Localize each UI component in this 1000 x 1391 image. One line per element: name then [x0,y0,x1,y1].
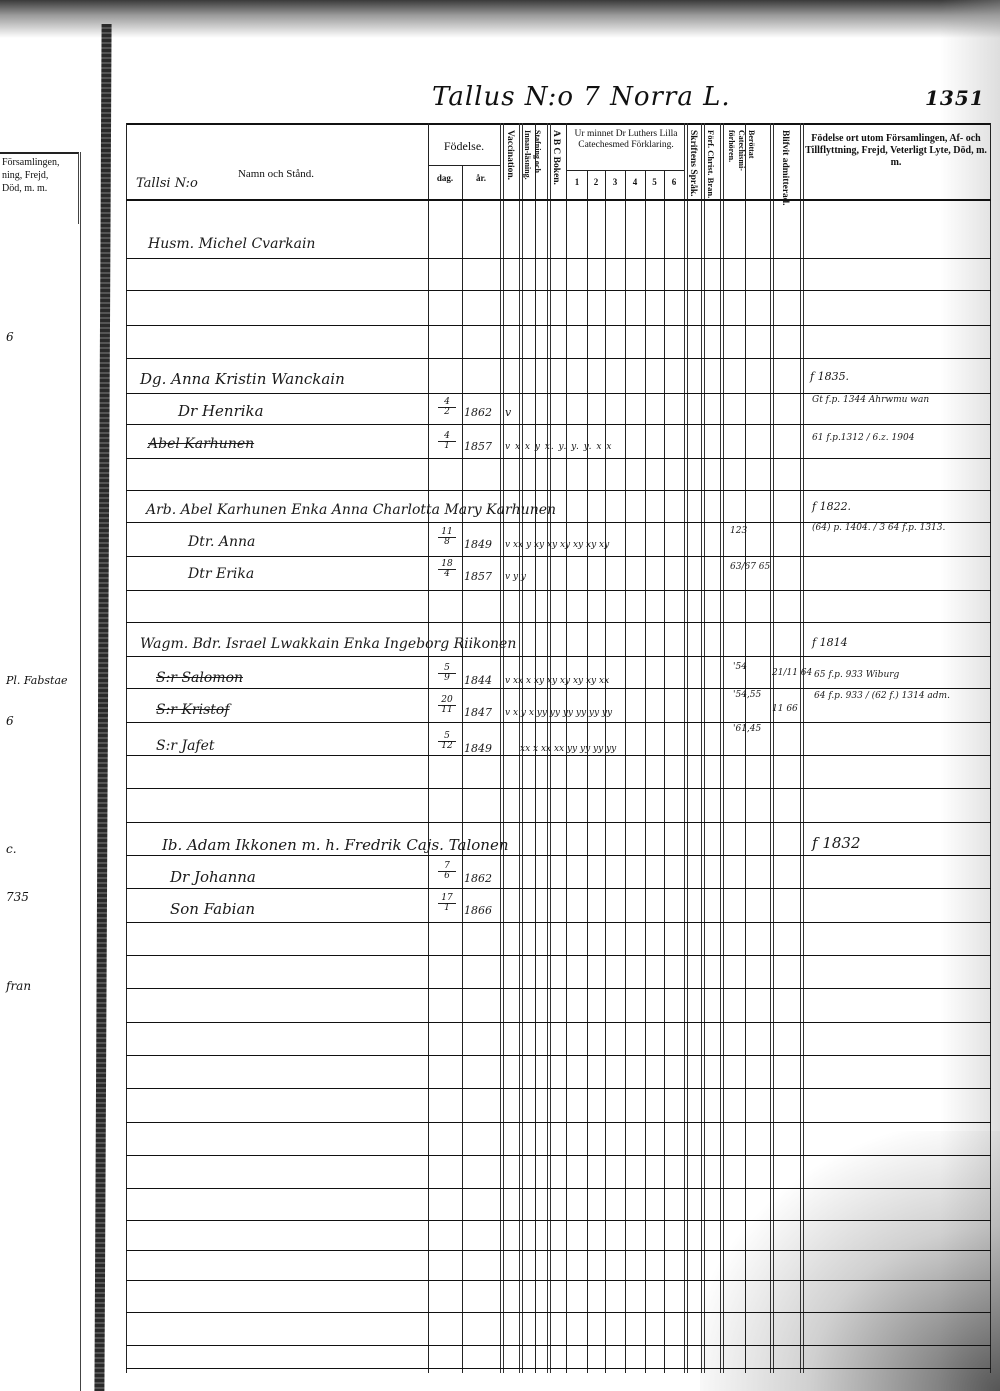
col-rule [500,123,504,1373]
header-birth-day: dag. [428,172,462,185]
entry-name: Husm. Michel Cvarkain [148,236,315,252]
catechism-num-6: 6 [664,176,684,189]
col-rule [770,123,774,1373]
col-rule [720,123,724,1373]
row-rule [126,1280,991,1281]
header-bottom-rule [126,199,991,201]
birth-day: 118 [438,528,456,547]
entry-name: Dg. Anna Kristin Wanckain [140,370,345,388]
row-rule [126,290,991,291]
row-rule [126,955,991,956]
entry-name: Arb. Abel Karhunen Enka Anna Charlotta M… [146,502,556,518]
entry-marks: v y y [505,572,526,582]
row-rule [126,656,991,657]
birth-year: 1857 [464,570,492,583]
margin-note: Pl. Fabstae [6,674,68,687]
entry-name: S:r Kristof [156,702,230,718]
day-denominator: 1 [438,904,456,913]
day-denominator: 11 [438,706,456,715]
row-rule [126,1122,991,1123]
page-title: Tallus N:o 7 Norra L. [432,82,731,112]
entry-marks: v [505,406,511,419]
facing-page-header: Församlingen, ning, Frejd, Död, m. m. [2,156,60,195]
row-rule [126,1250,991,1251]
row-rule [126,424,991,425]
catechism-num-3: 3 [605,176,625,189]
catechism-num-5: 5 [645,176,664,189]
col-rule [462,165,463,1373]
row-rule [126,358,991,359]
row-rule [126,688,991,689]
birth-year: 1849 [464,742,492,755]
entry-remarks: f 1835. [810,370,849,383]
row-rule [126,922,991,923]
row-rule [126,722,991,723]
entry-name: Ib. Adam Ikkonen m. h. Fredrik Cajs. Tal… [162,836,509,854]
entry-remarks: f 1832 [812,834,861,852]
row-rule [126,556,991,557]
entry-name: S:r Salomon [156,670,243,686]
birth-year: 1847 [464,706,492,719]
row-rule [126,888,991,889]
margin-note: 6 [6,330,14,344]
catechism-read: '54,55 [733,690,761,700]
col-rule [664,170,665,1373]
header-catechism: Ur minnet Dr Luthers Lilla Catechesmed F… [567,129,685,151]
entry-name: Dtr. Anna [188,534,255,550]
entry-name: Dr Johanna [170,868,256,886]
entry-remarks: 65 f.p. 933 Wiburg [814,670,899,680]
catechism-num-4: 4 [625,176,645,189]
col-rule [990,123,991,1373]
book-gutter [94,24,111,1391]
row-rule [126,622,991,623]
col-rule [645,170,646,1373]
entry-name: Son Fabian [170,900,255,918]
col-rule [684,123,688,1373]
birth-day: 59 [438,664,456,683]
margin-note: fran [6,979,31,993]
row-rule [126,1345,991,1346]
admitted-date: 11 66 [772,704,798,714]
row-rule [126,1220,991,1221]
row-rule [126,1022,991,1023]
birth-year: 1844 [464,674,492,687]
row-rule [126,590,991,591]
header-spelling: Stafning och Innan-läsning. [522,130,542,190]
catechism-subrule [566,170,684,171]
row-rule [126,788,991,789]
birth-year: 1862 [464,406,492,419]
col-rule [126,123,127,1373]
facing-page: Församlingen, ning, Frejd, Död, m. m. 6 … [0,24,96,1391]
margin-note: 735 [6,890,29,904]
facing-page-rule [80,152,81,1391]
entry-name: Abel Karhunen [148,436,254,452]
day-denominator: 2 [438,408,456,417]
birth-subrule [428,165,500,166]
entry-marks: v xx y xy xy xy xy xy xy [505,540,609,550]
entry-remarks: Gt f.p. 1344 Ahrwmu wan [812,394,982,406]
header-vaccination: Vaccination. [505,130,515,180]
day-denominator: 9 [438,674,456,683]
day-denominator: 8 [438,538,456,547]
header-abc: A B C Boken. [551,130,561,185]
col-rule [800,123,804,1373]
row-rule [126,490,991,491]
birth-year: 1857 [464,440,492,453]
header-remarks: Födelse ort utom Församlingen, Af- och T… [805,133,987,169]
row-rule [126,855,991,856]
catechism-read: 123 [730,526,747,536]
entry-name: Dr Henrika [178,402,264,420]
col-rule [701,123,705,1373]
row-rule [126,458,991,459]
entry-marks: xx x xx xx yy yy yy yy [520,744,616,754]
birth-day: 184 [438,560,456,579]
entry-marks: v xx x xy xy xy xy xy xx [505,676,609,686]
entry-remarks: f 1822. [812,500,851,513]
facing-header-line: ning, Frejd, [2,169,60,182]
margin-note: c. [6,842,17,856]
scan-shadow-top [0,0,1000,38]
admitted-date: 21/11 64 [772,668,812,678]
day-denominator: 12 [438,742,456,751]
col-rule [625,170,626,1373]
row-rule [126,1155,991,1156]
entry-marks: v x x y x. y. y. y. x x [505,442,612,452]
page-number: 1351 [925,86,985,110]
row-rule [126,988,991,989]
col-rule [587,170,588,1373]
row-rule [126,1055,991,1056]
header-birth: Födelse. [428,140,500,153]
row-rule [126,1088,991,1089]
birth-year: 1866 [464,904,492,917]
day-denominator: 6 [438,872,456,881]
header-catechism-read: Beröttat Catechismi-förhören. [726,130,756,200]
catechism-num-1: 1 [567,176,587,189]
birth-day: 171 [438,894,456,913]
row-rule [126,1312,991,1313]
facing-header-line: Församlingen, [2,156,60,169]
birth-day: 76 [438,862,456,881]
header-birth-year: år. [462,172,500,185]
header-scripture: Skriftens Språk. [688,130,698,197]
entry-remarks: (64) p. 1404. / 3 64 f.p. 1313. [812,522,982,534]
facing-header-line: Död, m. m. [2,182,60,195]
day-denominator: 1 [438,442,456,451]
col-rule [605,170,606,1373]
day-denominator: 4 [438,570,456,579]
birth-day: 512 [438,732,456,751]
birth-day: 42 [438,398,456,417]
header-christian: Förf. Christ. Bran. [706,130,716,198]
row-rule [126,822,991,823]
row-rule [126,325,991,326]
entry-name: Wagm. Bdr. Israel Lwakkain Enka Ingeborg… [140,636,516,652]
entry-name: S:r Jafet [156,738,215,754]
margin-note: 6 [6,714,14,728]
birth-year: 1849 [464,538,492,551]
entry-remarks: 61 f.p.1312 / 6.z. 1904 [812,432,982,444]
entry-remarks: f 1814 [812,636,848,649]
birth-year: 1862 [464,872,492,885]
subheading: Tallsi N:o [136,176,198,191]
catechism-read: 63/67 65 [730,562,770,572]
row-rule [126,1188,991,1189]
birth-day: 2011 [438,696,456,715]
row-rule [126,1368,991,1369]
row-rule [126,755,991,756]
header-admitted: Blifvit admitterad. [780,130,790,205]
catechism-num-2: 2 [587,176,605,189]
entry-marks: v x y x yy yy yy yy yy yy [505,708,612,718]
col-rule [428,123,429,1373]
birth-day: 41 [438,432,456,451]
col-rule [745,123,746,1373]
entry-name: Dtr Erika [188,566,254,582]
catechism-read: '61,45 [733,724,761,734]
entry-remarks: 64 f.p. 933 / (62 f.) 1314 adm. [814,690,984,702]
row-rule [126,258,991,259]
catechism-read: '54 [733,662,747,672]
